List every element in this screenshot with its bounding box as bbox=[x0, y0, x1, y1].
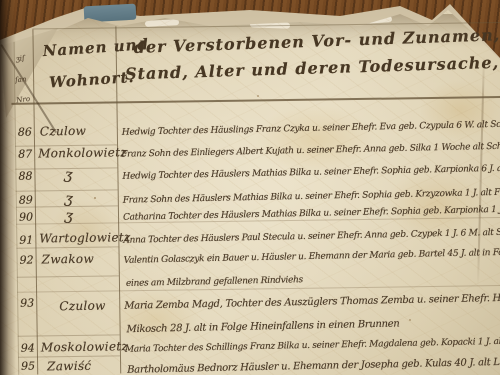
entry-text-continued: Mikosch 28 J. alt in Folge Hineinfallens… bbox=[127, 319, 400, 336]
ditto-mark: ʒ bbox=[63, 167, 73, 184]
entry-text: Franz Sohn des Häuslers Mathias Bilka u.… bbox=[123, 187, 500, 206]
row-number: 88 bbox=[14, 170, 32, 183]
row-separator bbox=[16, 246, 118, 248]
row-number: 92 bbox=[16, 254, 34, 267]
ditto-mark: ʒ bbox=[64, 208, 74, 225]
margin-fragment: ʒiſ bbox=[15, 54, 25, 63]
torn-left-edge-shadow bbox=[0, 0, 16, 375]
entry-text: Maria Tochter des Schillings Franz Bilka… bbox=[125, 336, 500, 355]
place-name: Czulow bbox=[40, 124, 87, 139]
place-name: Moskolowietz bbox=[41, 339, 128, 354]
entry-text: Maria Zemba Magd, Tochter des Auszüglers… bbox=[124, 292, 500, 312]
table-and-writing: ʒiſ ſan Nro Namen und Wohnort. der Verst… bbox=[0, 0, 500, 375]
place-name: Zwakow bbox=[42, 252, 95, 267]
entry-text-continued: eines am Milzbrand gefallenen Rindviehs bbox=[126, 275, 303, 289]
header-bottom-rule bbox=[11, 96, 500, 105]
row-number: 94 bbox=[17, 342, 35, 355]
number-column-rule bbox=[32, 30, 38, 375]
margin-fragment: Nro bbox=[16, 95, 31, 105]
row-separator bbox=[17, 275, 119, 277]
row-number: 93 bbox=[16, 297, 34, 310]
row-number: 89 bbox=[15, 194, 33, 207]
place-name: Zawiść bbox=[47, 359, 91, 374]
entry-text: Franz Sohn des Einliegers Albert Kujath … bbox=[121, 141, 500, 160]
photo-of-death-register-page: ʒiſ ſan Nro Namen und Wohnort. der Verst… bbox=[0, 0, 500, 375]
row-separator bbox=[18, 355, 120, 357]
entry-text: Valentin Golasczyk ein Bauer u. Häusler … bbox=[124, 247, 500, 266]
details-column-header-line2: Stand, Alter und deren Todesursache, bbox=[125, 53, 500, 84]
place-name: Wartoglowietz bbox=[39, 230, 130, 245]
row-number: 87 bbox=[14, 148, 32, 161]
entry-text: Hedwig Tochter des Häuslers Mathias Bilk… bbox=[122, 163, 500, 182]
ditto-mark: ʒ bbox=[64, 191, 74, 208]
row-number: 86 bbox=[14, 126, 32, 139]
name-column-header-line2: Wohnort. bbox=[49, 68, 136, 92]
group-separator bbox=[17, 285, 500, 293]
entry-text: Anna Tochter des Häuslers Paul Stecula u… bbox=[123, 227, 500, 246]
row-number: 95 bbox=[17, 360, 35, 373]
row-number: 91 bbox=[15, 234, 33, 247]
place-name: Czulow bbox=[59, 299, 106, 314]
place-name: Monkolowietz bbox=[38, 145, 127, 160]
row-separator bbox=[18, 334, 120, 336]
details-column-header-line1: der Verstorbenen Vor- und Zunamen, bbox=[133, 25, 500, 57]
row-number: 90 bbox=[15, 211, 33, 224]
entry-text: Hedwig Tochter des Häuslings Franz Czyka… bbox=[122, 119, 500, 138]
